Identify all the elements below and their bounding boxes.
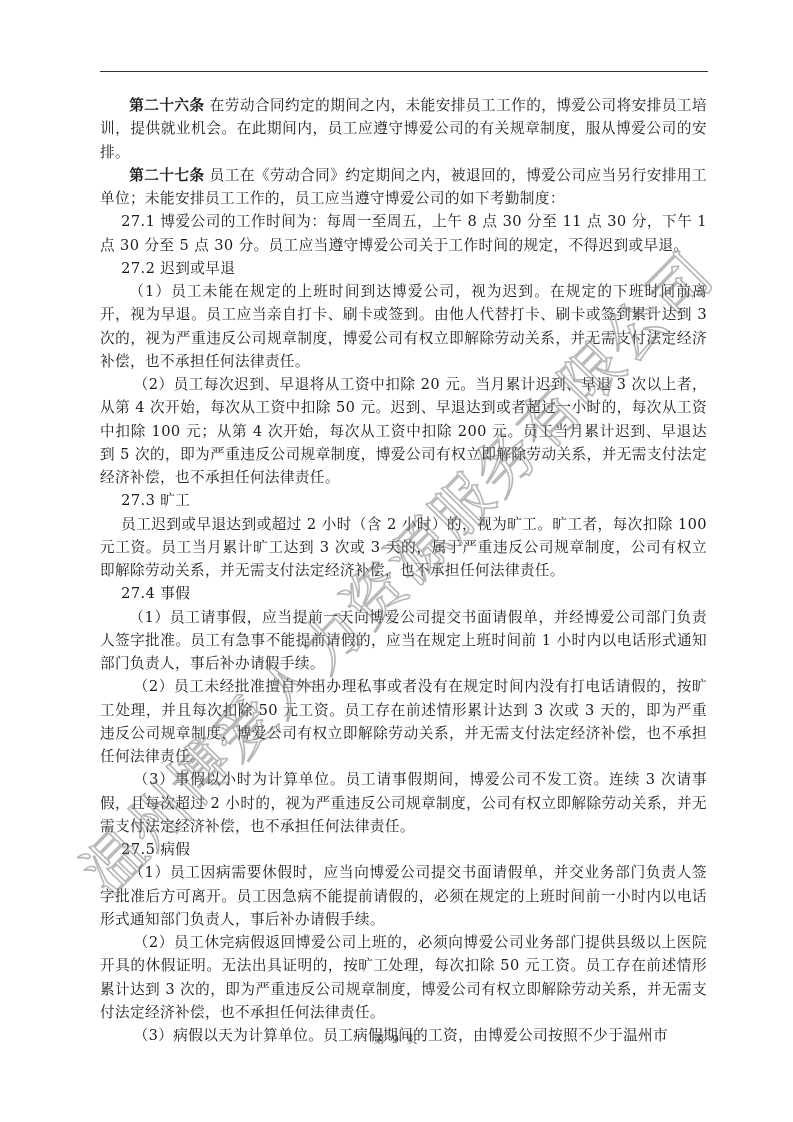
clause-27-4-3: （3）事假以小时为计算单位。员工请事假期间，博爱公司不发工资。连续 3 次请事假… (100, 768, 707, 838)
heading-27-4: 27.4 事假 (100, 582, 707, 605)
clause-27-2-1: （1）员工未能在规定的上班时间到达博爱公司，视为迟到。在规定的下班时间前离开，视… (100, 280, 707, 373)
article-26: 第二十六条 在劳动合同约定的期间之内，未能安排员工工作的，博爱公司将安排员工培训… (100, 94, 707, 164)
clause-27-4-2: （2）员工未经批准擅自外出办理私事或者没有在规定时间内没有打电话请假的，按旷工处… (100, 675, 707, 768)
clause-27-5-2: （2）员工休完病假返回博爱公司上班的，必须向博爱公司业务部门提供县级以上医院开具… (100, 931, 707, 1024)
clause-27-3: 员工迟到或早退达到或超过 2 小时（含 2 小时）的，视为旷工。旷工者，每次扣除… (100, 513, 707, 583)
article-title: 第二十七条 (129, 167, 204, 184)
clause-27-5-1: （1）员工因病需要休假时，应当向博爱公司提交书面请假单，并交业务部门负责人签字批… (100, 861, 707, 931)
clause-27-4-1: （1）员工请事假，应当提前一天向博爱公司提交书面请假单，并经博爱公司部门负责人签… (100, 606, 707, 676)
article-27: 第二十七条 员工在《劳动合同》约定期间之内，被退回的，博爱公司应当另行安排用工单… (100, 164, 707, 211)
heading-27-3: 27.3 旷工 (100, 489, 707, 512)
header-rule (100, 71, 708, 72)
heading-27-5: 27.5 病假 (100, 838, 707, 861)
clause-27-1: 27.1 博爱公司的工作时间为：每周一至周五，上午 8 点 30 分至 11 点… (100, 210, 707, 257)
document-page: 第二十六条 在劳动合同约定的期间之内，未能安排员工工作的，博爱公司将安排员工培训… (0, 0, 793, 1122)
page-number: 第 9 页 (0, 1031, 793, 1047)
document-body: 第二十六条 在劳动合同约定的期间之内，未能安排员工工作的，博爱公司将安排员工培训… (100, 94, 707, 1047)
article-title: 第二十六条 (129, 97, 204, 114)
clause-27-2-2: （2）员工每次迟到、早退将从工资中扣除 20 元。当月累计迟到、早退 3 次以上… (100, 373, 707, 489)
heading-27-2: 27.2 迟到或早退 (100, 257, 707, 280)
